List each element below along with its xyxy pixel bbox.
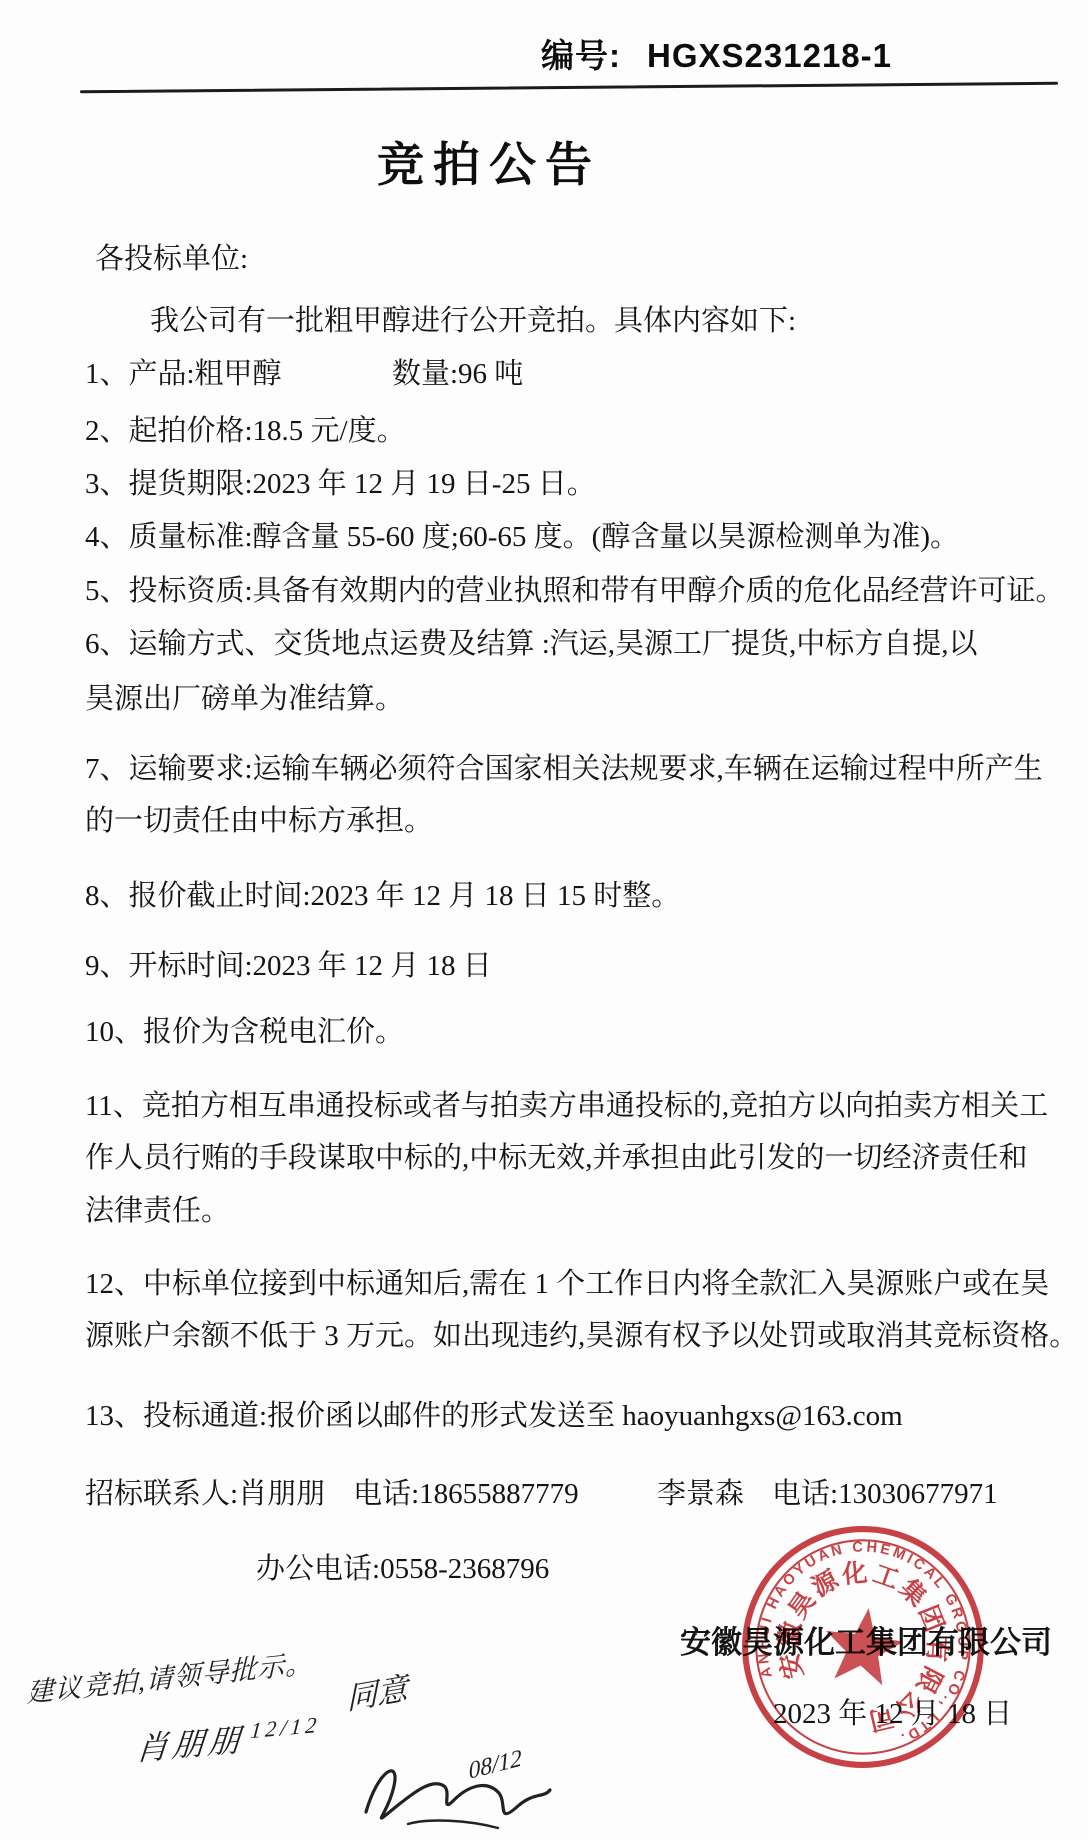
office-phone-value: 0558-2368796	[380, 1553, 549, 1585]
scanned-auction-notice-page: 编号:HGXS231218-1 竞拍公告 各投标单位: 我公司有一批粗甲醇进行公…	[0, 0, 1088, 1840]
office-phone-label: 办公电话:	[256, 1553, 380, 1585]
contact-phone-1-label: 电话:	[353, 1478, 419, 1510]
item-11-collusion-line3: 法律责任。	[85, 1195, 230, 1228]
contact-label: 招标联系人:	[85, 1478, 238, 1510]
intro-paragraph: 我公司有一批粗甲醇进行公开竞拍。具体内容如下:	[150, 305, 796, 338]
item-12-payment-line2: 源账户余额不低于 3 万元。如出现违约,昊源有权予以处罚或取消其竞标资格。	[85, 1320, 1078, 1353]
item-1-product: 1、产品:粗甲醇	[85, 358, 282, 391]
document-number-row: 编号:HGXS231218-1	[541, 30, 892, 77]
item-5-bid-qualification: 5、投标资质:具备有效期内的营业执照和带有甲醇介质的危化品经营许可证。	[85, 575, 1065, 608]
item-4-quality-standard: 4、质量标准:醇含量 55-60 度;60-65 度。(醇含量以昊源检测单为准)…	[85, 521, 959, 554]
signature-flourish-underline	[408, 1821, 498, 1828]
item-13-bid-channel-email: 13、投标通道:报价函以邮件的形式发送至 haoyuanhgxs@163.com	[85, 1400, 903, 1433]
document-number-value: HGXS231218-1	[647, 37, 892, 74]
item-1-quantity: 数量:96 吨	[392, 358, 523, 391]
header-rule	[80, 82, 1058, 94]
item-7-transport-req-line1: 7、运输要求:运输车辆必须符合国家相关法规要求,车辆在运输过程中所产生	[85, 753, 1043, 786]
page-title: 竞拍公告	[0, 128, 978, 195]
handwritten-signature-1-name: 肖朋朋	[135, 1721, 246, 1767]
contact-person-1: 肖朋朋	[238, 1478, 325, 1510]
item-6-transport-line1: 6、运输方式、交货地点运费及结算 :汽运,昊源工厂提货,中标方自提,以	[85, 628, 978, 661]
item-10-price-terms: 10、报价为含税电汇价。	[85, 1016, 404, 1049]
item-6-transport-line2: 昊源出厂磅单为准结算。	[85, 683, 404, 716]
contact-person-2: 李景森	[657, 1478, 744, 1510]
company-seal: ANHUI HAOYUAN CHEMICAL GROUP CO., LTD. 安…	[732, 1516, 994, 1778]
item-11-collusion-line1: 11、竞拍方相互串通投标或者与拍卖方串通投标的,竞拍方以向拍卖方相关工	[85, 1090, 1048, 1123]
item-8-quote-deadline: 8、报价截止时间:2023 年 12 月 18 日 15 时整。	[85, 880, 680, 913]
handwritten-signature-1-date: 12/12	[249, 1712, 321, 1743]
item-9-bid-opening-time: 9、开标时间:2023 年 12 月 18 日	[85, 950, 492, 983]
handwritten-note: 建议竞拍,请领导批示。	[27, 1641, 313, 1710]
contact-phone-2-label: 电话:	[772, 1478, 838, 1510]
contact-phone-2: 13030677971	[838, 1478, 998, 1510]
salutation: 各投标单位:	[95, 243, 248, 276]
item-7-transport-req-line2: 的一切责任由中标方承担。	[85, 805, 433, 838]
item-3-pickup-period: 3、提货期限:2023 年 12 月 19 日-25 日。	[85, 468, 596, 501]
signature-flourish	[348, 1740, 558, 1840]
signature-flourish-path	[366, 1771, 550, 1818]
contact-row-right: 李景森电话:13030677971	[657, 1478, 998, 1511]
handwritten-approval: 同意	[346, 1662, 409, 1718]
item-11-collusion-line2: 作人员行贿的手段谋取中标的,中标无效,并承担由此引发的一切经济责任和	[85, 1142, 1028, 1175]
seal-star-icon	[820, 1603, 908, 1688]
contact-row-left: 招标联系人:肖朋朋电话:18655887779	[85, 1478, 579, 1511]
item-12-payment-line1: 12、中标单位接到中标通知后,需在 1 个工作日内将全款汇入昊源账户或在昊	[85, 1268, 1049, 1301]
contact-phone-1: 18655887779	[419, 1478, 579, 1510]
handwritten-signature-1: 肖朋朋12/12	[134, 1708, 322, 1771]
item-2-start-price: 2、起拍价格:18.5 元/度。	[85, 415, 406, 448]
document-number-label: 编号:	[541, 37, 621, 74]
office-phone-row: 办公电话:0558-2368796	[256, 1553, 549, 1586]
